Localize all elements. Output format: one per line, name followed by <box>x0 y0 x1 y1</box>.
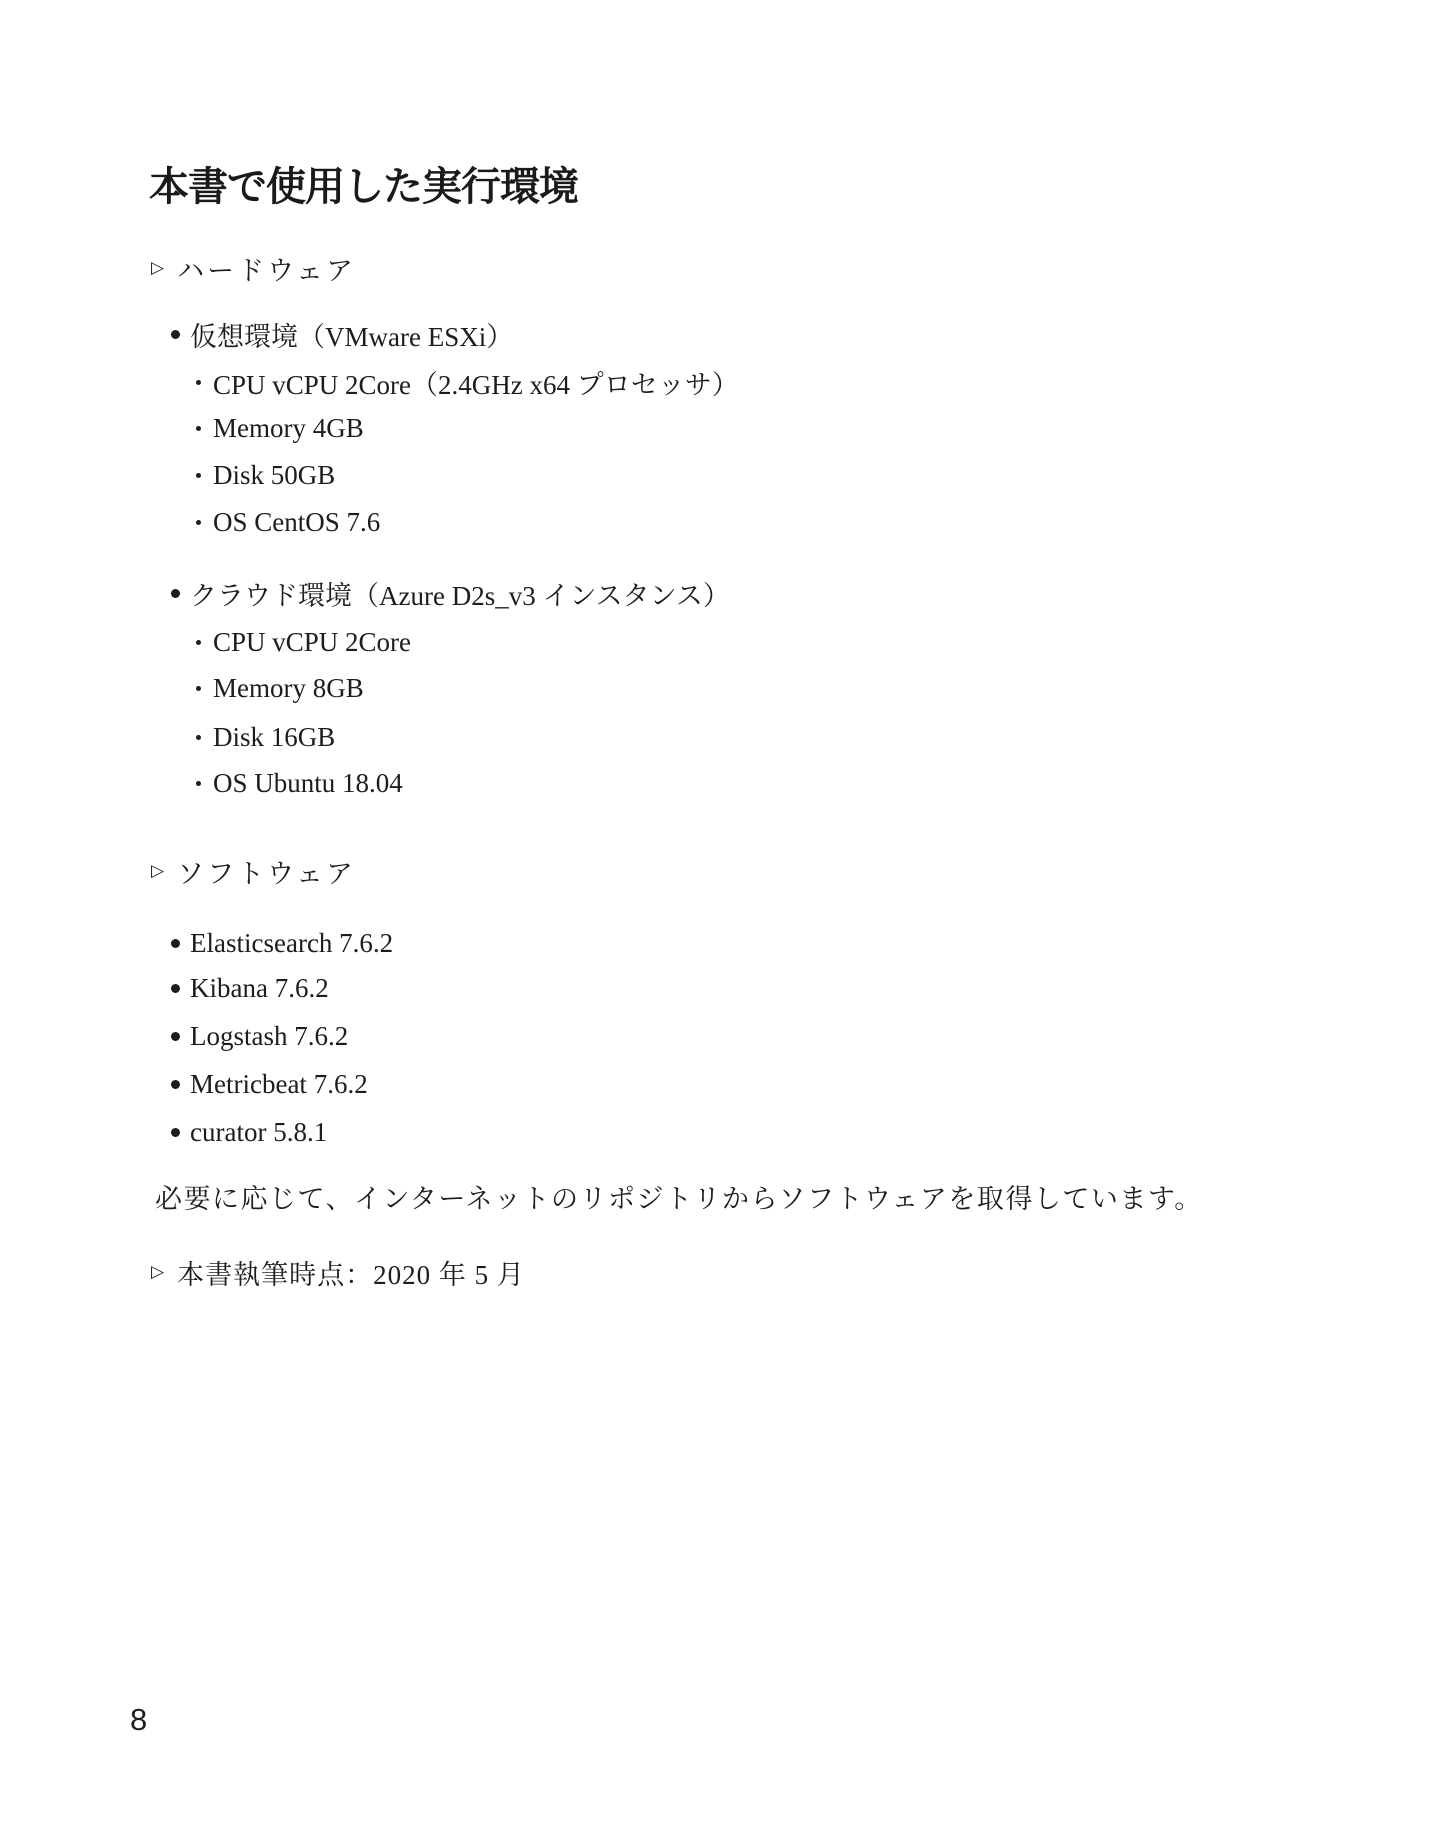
software-item: Elasticsearch 7.6.2 <box>171 926 393 960</box>
spec-item: Memory 8GB <box>196 671 364 705</box>
page-number: 8 <box>130 1702 147 1738</box>
group-label-virtual-env: 仮想環境（VMware ESXi） <box>171 317 513 351</box>
circle-bullet-icon <box>171 330 180 339</box>
software-item: Logstash 7.6.2 <box>171 1019 348 1053</box>
dot-bullet-icon <box>196 520 201 525</box>
software-item-text: Kibana 7.6.2 <box>190 973 329 1004</box>
spec-item-text: Disk 16GB <box>213 722 335 753</box>
circle-bullet-icon <box>171 939 180 948</box>
page-title: 本書で使用した実行環境 <box>149 155 578 212</box>
dot-bullet-icon <box>196 640 201 645</box>
section-header-software: ▷ ソフトウェア <box>151 854 356 888</box>
section-label: ソフトウェア <box>177 852 356 891</box>
circle-bullet-icon <box>171 589 180 598</box>
software-item: curator 5.8.1 <box>171 1115 327 1149</box>
group-label: 仮想環境（VMware ESXi） <box>190 315 513 354</box>
circle-bullet-icon <box>171 1032 180 1041</box>
dot-bullet-icon <box>196 686 201 691</box>
document-page: 本書で使用した実行環境 ▷ ハードウェア 仮想環境（VMware ESXi） C… <box>0 0 1433 1827</box>
spec-item-text: Memory 8GB <box>213 673 364 704</box>
triangle-bullet-icon: ▷ <box>151 863 164 880</box>
dot-bullet-icon <box>196 735 201 740</box>
section-header-hardware: ▷ ハードウェア <box>151 251 356 285</box>
spec-item: Memory 4GB <box>196 411 364 445</box>
dot-bullet-icon <box>196 426 201 431</box>
spec-item-text: Memory 4GB <box>213 413 364 444</box>
spec-item: Disk 16GB <box>196 720 335 754</box>
triangle-bullet-icon: ▷ <box>151 1264 164 1281</box>
software-item-text: Elasticsearch 7.6.2 <box>190 928 393 959</box>
section-label: ハードウェア <box>177 249 356 288</box>
colophon-text: 本書執筆時点：2020 年 5 月 <box>177 1253 525 1292</box>
spec-item: CPU vCPU 2Core <box>196 625 411 659</box>
group-label-cloud-env: クラウド環境（Azure D2s_v3 インスタンス） <box>171 576 730 610</box>
spec-item: OS CentOS 7.6 <box>196 505 380 539</box>
colophon-line: ▷ 本書執筆時点：2020 年 5 月 <box>151 1255 525 1289</box>
note-paragraph: 必要に応じて、インターネットのリポジトリからソフトウェアを取得しています。 <box>155 1179 1203 1213</box>
circle-bullet-icon <box>171 1128 180 1137</box>
software-item-text: Metricbeat 7.6.2 <box>190 1069 368 1100</box>
spec-item-text: Disk 50GB <box>213 460 335 491</box>
spec-item-text: OS CentOS 7.6 <box>213 507 380 538</box>
dot-bullet-icon <box>196 781 201 786</box>
circle-bullet-icon <box>171 984 180 993</box>
spec-item: OS Ubuntu 18.04 <box>196 766 403 800</box>
group-label: クラウド環境（Azure D2s_v3 インスタンス） <box>190 574 730 613</box>
dot-bullet-icon <box>196 380 201 385</box>
spec-item: CPU vCPU 2Core（2.4GHz x64 プロセッサ） <box>196 365 739 399</box>
circle-bullet-icon <box>171 1080 180 1089</box>
spec-item-text: OS Ubuntu 18.04 <box>213 768 403 799</box>
spec-item: Disk 50GB <box>196 458 335 492</box>
software-item-text: curator 5.8.1 <box>190 1117 327 1148</box>
software-item: Metricbeat 7.6.2 <box>171 1067 368 1101</box>
software-item-text: Logstash 7.6.2 <box>190 1021 348 1052</box>
spec-item-text: CPU vCPU 2Core <box>213 627 411 658</box>
software-item: Kibana 7.6.2 <box>171 971 329 1005</box>
triangle-bullet-icon: ▷ <box>151 260 164 277</box>
dot-bullet-icon <box>196 473 201 478</box>
spec-item-text: CPU vCPU 2Core（2.4GHz x64 プロセッサ） <box>213 363 739 402</box>
